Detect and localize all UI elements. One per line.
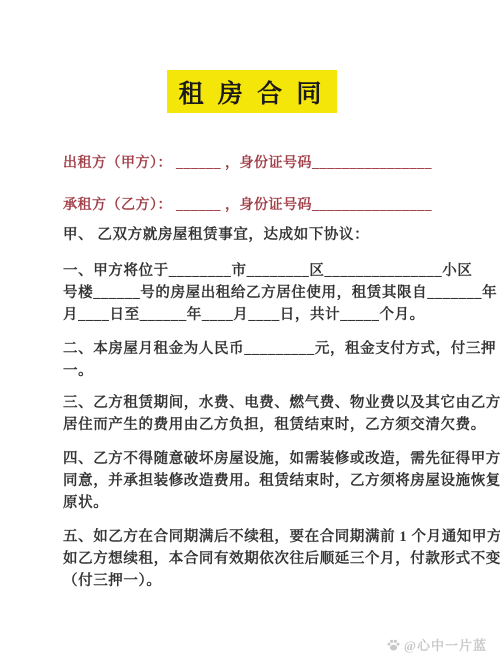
clause-line: 号楼______号的房屋出租给乙方居住使用，租赁其限自_______年	[63, 282, 497, 304]
clause-line: 五、如乙方在合同期满后不续租，要在合同期满前 1 个月通知甲方，	[63, 526, 500, 548]
clause-line: 如乙方想续租，本合同有效期依次往后顺延三个月，付款形式不变	[63, 548, 500, 570]
intro-line: 甲、 乙双方就房屋租赁事宜，达成如下协议：	[63, 224, 369, 246]
clause-paragraph: 五、如乙方在合同期满后不续租，要在合同期满前 1 个月通知甲方，如乙方想续租，本…	[63, 526, 500, 592]
clause-paragraph: 二、本房屋月租金为人民币_________元，租金支付方式，付三押一。	[63, 338, 496, 382]
paw-icon	[386, 638, 401, 652]
clause-paragraph: 四、乙方不得随意破坏房屋设施，如需装修或改造，需先征得甲方同意，并承担装修改造费…	[63, 448, 500, 514]
party-line: 出租方（甲方）： ______ ，身份证号码________________	[63, 153, 432, 175]
watermark-text: @心中一片蓝	[404, 635, 487, 654]
clause-paragraph: 一、甲方将位于________市________区_______________…	[63, 260, 497, 326]
watermark: @心中一片蓝	[386, 635, 487, 654]
clause-line: 三、乙方租赁期间，水费、电费、燃气费、物业费以及其它由乙方	[63, 392, 500, 414]
clause-line: （付三押一）。	[63, 570, 500, 592]
clause-line: 原状。	[63, 492, 500, 514]
clause-line: 一。	[63, 360, 496, 382]
clause-line: 月____日至______年____月____日，共计_____个月。	[63, 304, 497, 326]
clause-paragraph: 三、乙方租赁期间，水费、电费、燃气费、物业费以及其它由乙方居住而产生的费用由乙方…	[63, 392, 500, 436]
clause-line: 居住而产生的费用由乙方负担，租赁结束时，乙方须交清欠费。	[63, 414, 500, 436]
page-title: 租 房 合 同	[179, 74, 326, 110]
clause-line: 四、乙方不得随意破坏房屋设施，如需装修或改造，需先征得甲方	[63, 448, 500, 470]
clause-line: 同意，并承担装修改造费用。租赁结束时，乙方须将房屋设施恢复	[63, 470, 500, 492]
clause-line: 二、本房屋月租金为人民币_________元，租金支付方式，付三押	[63, 338, 496, 360]
clause-line: 一、甲方将位于________市________区_______________…	[63, 260, 497, 282]
contract-page: 租 房 合 同 出租方（甲方）： ______ ，身份证号码__________…	[0, 0, 500, 666]
title-highlight-block: 租 房 合 同	[167, 70, 337, 113]
party-line: 承租方（乙方）： ______ ，身份证号码________________	[63, 195, 432, 217]
